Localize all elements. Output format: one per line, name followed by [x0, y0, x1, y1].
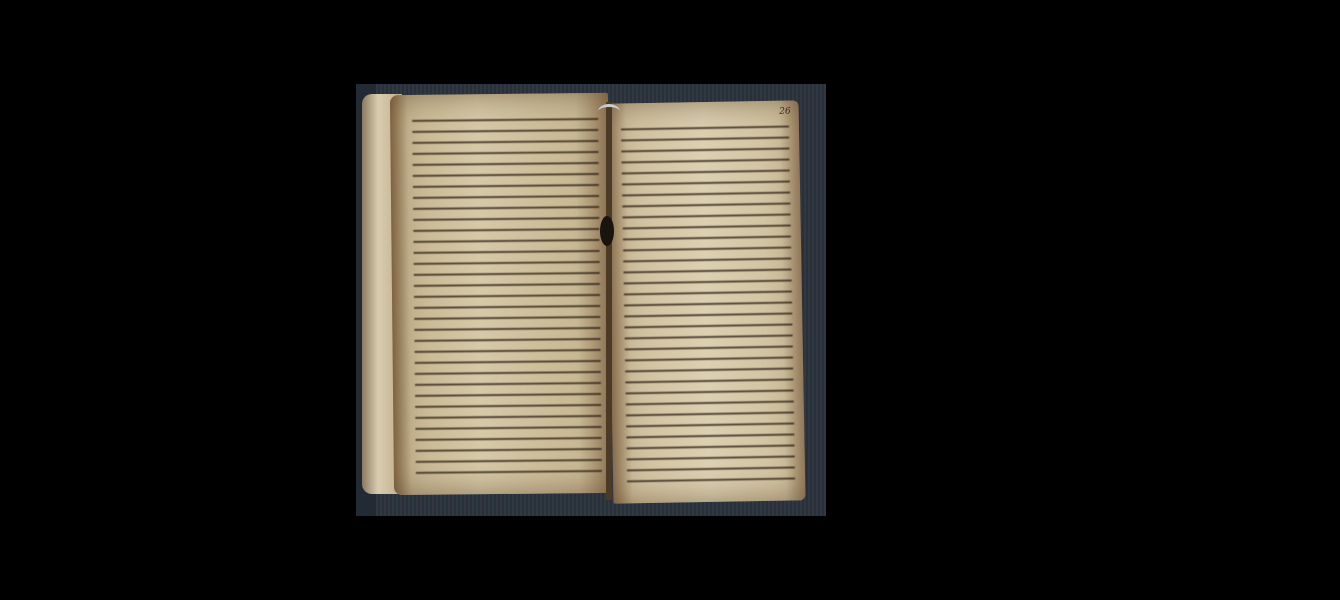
binding-string — [598, 104, 620, 119]
book-gutter — [606, 102, 612, 500]
right-page: 26 — [607, 100, 806, 503]
handwritten-text-right — [621, 121, 795, 488]
page-number: 26 — [779, 106, 791, 116]
ink-blot — [600, 216, 614, 246]
left-page — [390, 93, 612, 495]
manuscript-photo: 26 Photograph of an open, worn notebook … — [356, 84, 826, 516]
handwritten-text-left — [412, 113, 602, 479]
